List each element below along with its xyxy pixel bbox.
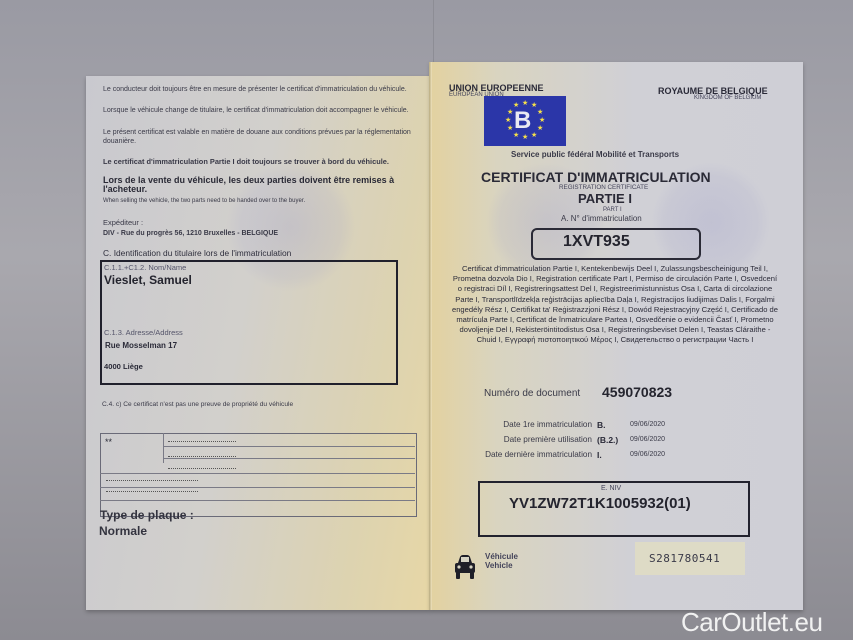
- sale-notice: Lors de la vente du véhicule, les deux p…: [103, 176, 423, 194]
- grid-line: [100, 473, 415, 474]
- caroutlet-watermark: CarOutlet.eu: [681, 607, 822, 638]
- grid-line: [100, 500, 415, 501]
- date-value-first-registration: 09/06/2020: [630, 421, 665, 428]
- part-title: PARTIE I: [578, 191, 632, 206]
- ownership-notice: C.4. c) Ce certificat n'est pas une preu…: [102, 400, 293, 409]
- kingdom-label-en: KINGDOM OF BELGIUM: [694, 95, 761, 101]
- dotted-field: [168, 441, 236, 442]
- sender-label: Expéditeur :: [103, 218, 143, 227]
- bold-notice: Le certificat d'immatriculation Partie I…: [103, 157, 413, 166]
- dotted-field: [106, 480, 198, 481]
- legal-multilingual-text: Certificat d'immatriculation Partie I, K…: [450, 264, 780, 346]
- vehicle-label: Véhicule: [485, 552, 518, 561]
- page-fold: [429, 62, 432, 610]
- dotted-field: [168, 468, 236, 469]
- grid-line: [163, 458, 415, 459]
- stars-marker: **: [105, 437, 112, 447]
- wall-corner: [433, 0, 434, 70]
- document-number: 459070823: [602, 384, 672, 400]
- vin-label: E. NIV: [601, 485, 621, 492]
- date-value-first-use: 09/06/2020: [630, 436, 665, 443]
- date-label-first-registration: Date 1re immatriculation: [464, 420, 592, 429]
- date-value-last-registration: 09/06/2020: [630, 451, 665, 458]
- dotted-field: [106, 491, 198, 492]
- date-code-b2: (B.2.): [597, 435, 618, 445]
- name-label: C.1.1.+C1.2. Nom/Name: [104, 263, 186, 272]
- certificate-title: CERTIFICAT D'IMMATRICULATION: [481, 169, 711, 185]
- date-code-i: I.: [597, 450, 602, 460]
- sale-notice-en: When selling the vehicle, the two parts …: [103, 197, 305, 206]
- grid-line: [163, 446, 415, 447]
- date-label-last-registration: Date dernière immatriculation: [464, 450, 592, 459]
- sender-address: DIV - Rue du progrès 56, 1210 Bruxelles …: [103, 229, 278, 238]
- address-line-2: 4000 Liège: [104, 362, 143, 371]
- vehicle-label-en: Vehicle: [485, 561, 513, 570]
- plate-number: 1XVT935: [563, 233, 630, 251]
- grid-line: [100, 487, 415, 488]
- country-letter: B: [514, 109, 531, 133]
- service-name: Service public fédéral Mobilité et Trans…: [511, 150, 679, 159]
- document-number-label: Numéro de document: [484, 388, 580, 399]
- notice-3: Le présent certificat est valable en mat…: [103, 128, 423, 146]
- certificate-title-en: REGISTRATION CERTIFICATE: [559, 184, 648, 191]
- holder-name: Vieslet, Samuel: [104, 273, 192, 287]
- date-code-b: B.: [597, 420, 606, 430]
- registration-number-label: A. N° d'immatriculation: [561, 214, 642, 223]
- plate-type-label: Type de plaque :: [100, 508, 194, 522]
- address-label: C.1.3. Adresse/Address: [104, 328, 183, 337]
- eu-flag-icon: ★ ★ ★ ★ ★ ★ ★ ★ ★ ★ ★ ★ B: [484, 96, 566, 146]
- serial-number: S281780541: [649, 552, 720, 565]
- dotted-field: [168, 456, 236, 457]
- date-label-first-use: Date première utilisation: [464, 435, 592, 444]
- address-line-1: Rue Mosselman 17: [105, 341, 177, 350]
- plate-type-value: Normale: [99, 524, 147, 538]
- notice-1: Le conducteur doit toujours être en mesu…: [103, 85, 423, 94]
- part-title-en: PART I: [603, 207, 622, 213]
- notice-2: Lorsque le véhicule change de titulaire,…: [103, 106, 423, 115]
- car-icon: [454, 554, 476, 580]
- vin-number: YV1ZW72T1K1005932(01): [509, 495, 691, 512]
- holder-section-title: C. Identification du titulaire lors de l…: [103, 248, 291, 258]
